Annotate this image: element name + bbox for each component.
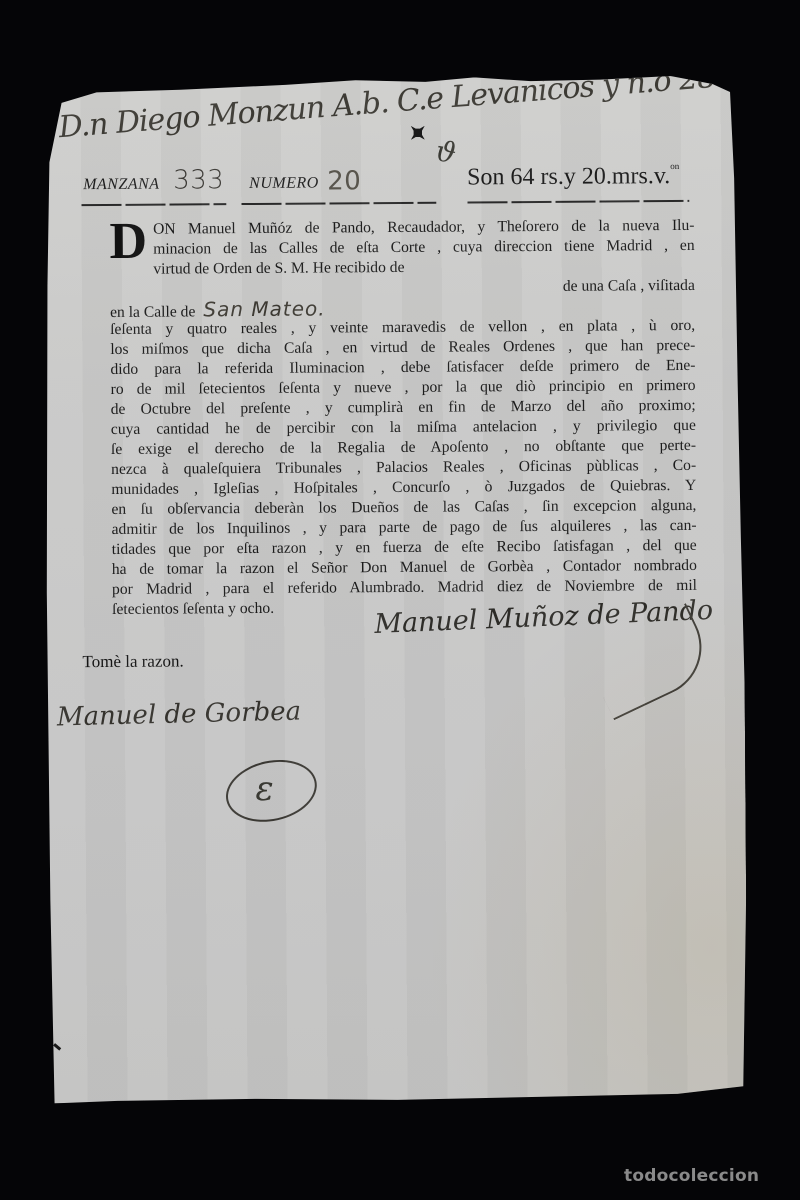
manzana-label: MANZANA <box>83 176 160 195</box>
numero-value: 20 <box>327 166 361 196</box>
amount-text: Son 64 rs.y 20.mrs.v.on <box>467 161 679 191</box>
dropcap-letter: D <box>109 222 147 262</box>
ink-mark <box>53 1043 61 1050</box>
calle-label: en la Calle de <box>110 303 195 321</box>
amount-value: Son 64 rs.y 20.mrs.v. <box>467 163 670 190</box>
handwritten-header-note: D.n Diego Monzun A.b. C.e Levanicos y n.… <box>57 60 716 145</box>
document-sheet: D.n Diego Monzun A.b. C.e Levanicos y n.… <box>40 76 747 1106</box>
numero-label: NUMERO <box>249 175 319 193</box>
underline-rule <box>241 202 436 205</box>
tome-la-razon-label: Tomè la razon. <box>82 651 183 672</box>
rubric-mark: ε <box>255 769 274 809</box>
cross-stamp-icon <box>411 126 425 140</box>
manzana-number-row: MANZANA 333 NUMERO 20 Son 64 rs.y 20.mrs… <box>81 160 691 200</box>
amount-superscript: on <box>670 161 679 171</box>
body-line: por Madrid , para el referido Alumbrado.… <box>112 576 697 600</box>
signature-contador: Manuel de Gorbea <box>57 697 302 733</box>
watermark-logo: todocoleccion <box>624 1166 759 1186</box>
underline-rule <box>467 200 689 204</box>
underline-rule <box>81 203 226 206</box>
receipt-body-text: D ON Manuel Muñóz de Pando, Recaudador, … <box>109 216 697 620</box>
body-line: minacion de las Calles de eſta Corte , c… <box>110 236 695 260</box>
manzana-value: 333 <box>173 165 224 195</box>
body-line: de una Caſa , viſitada <box>110 276 695 300</box>
